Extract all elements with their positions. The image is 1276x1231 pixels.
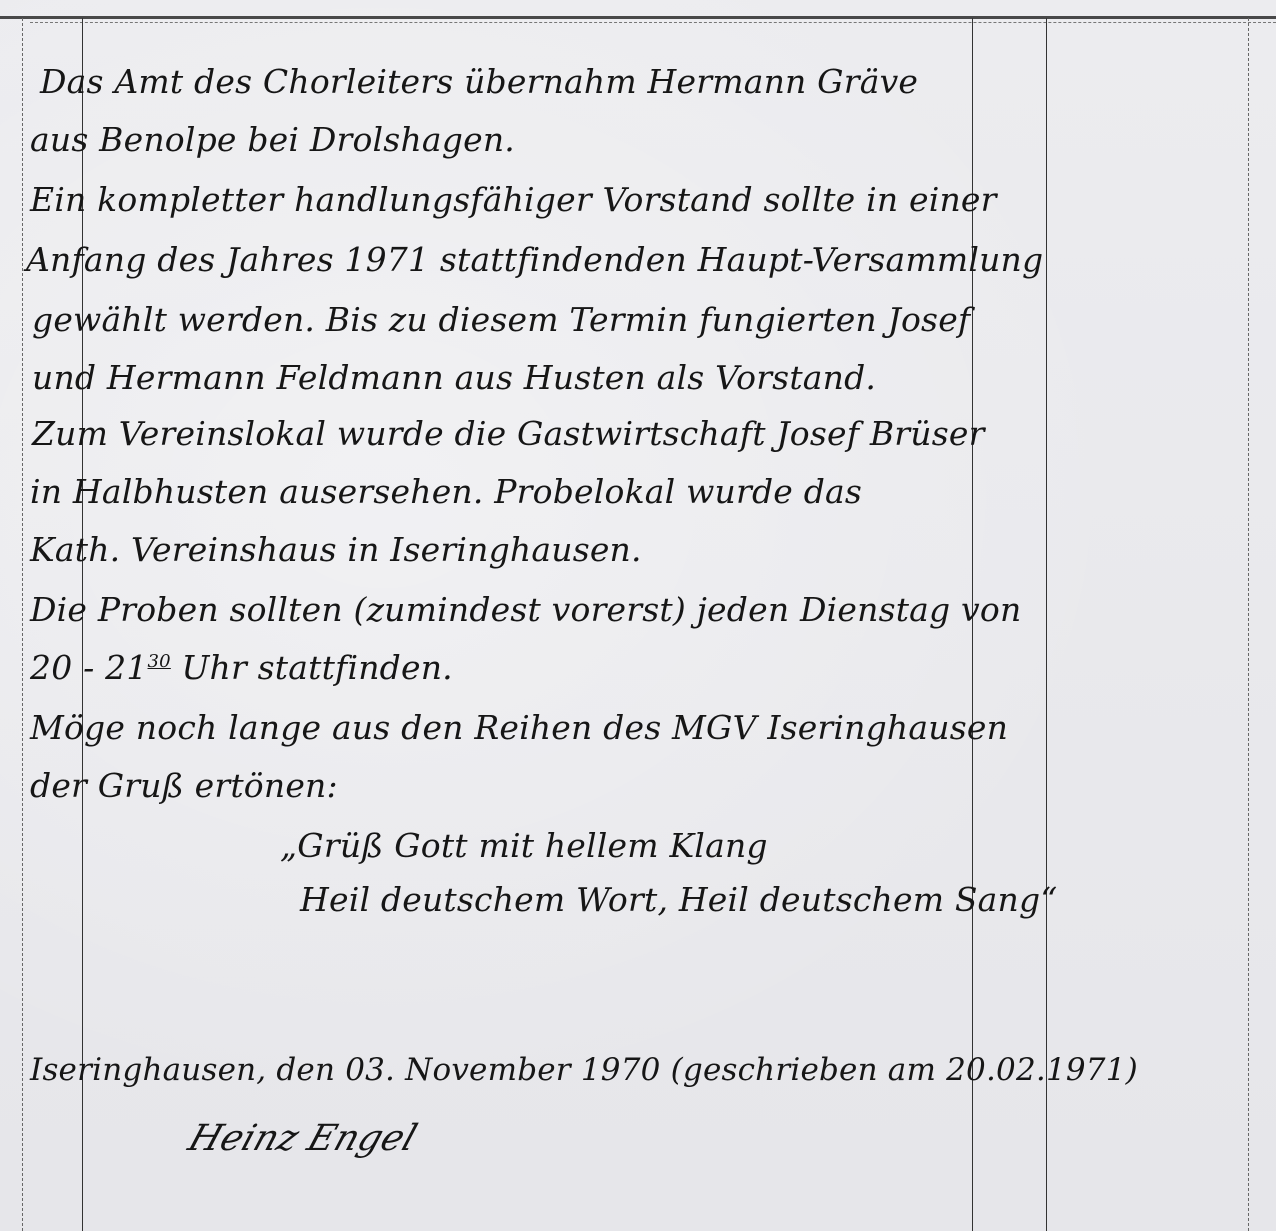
text-line: und Hermann Feldmann aus Husten als Vors… [32, 358, 876, 397]
column-line-2 [1046, 18, 1047, 1231]
signature: Heinz Engel [183, 1118, 422, 1159]
text-line: der Gruß ertönen: [30, 766, 338, 805]
time-minutes: 30 [148, 651, 171, 672]
text-line: aus Benolpe bei Drolshagen. [30, 120, 515, 159]
text-line: Ein kompletter handlungsfähiger Vorstand… [30, 180, 997, 219]
time-suffix: Uhr stattfinden. [182, 648, 453, 687]
text-line-time: 20 - 2130 Uhr stattfinden. [30, 648, 453, 687]
dateline: Iseringhausen, den 03. November 1970 (ge… [30, 1052, 1138, 1088]
text-line: Anfang des Jahres 1971 stattfindenden Ha… [26, 240, 1043, 279]
text-line: Möge noch lange aus den Reihen des MGV I… [30, 708, 1008, 747]
text-line: in Halbhusten ausersehen. Probelokal wur… [30, 472, 862, 511]
top-dashed-line [30, 22, 1276, 23]
text-line: Zum Vereinslokal wurde die Gastwirtschaf… [32, 414, 985, 453]
margin-dashed-line [22, 18, 23, 1231]
text-line: Die Proben sollten (zumindest vorerst) j… [30, 590, 1021, 629]
text-line: gewählt werden. Bis zu diesem Termin fun… [32, 300, 970, 339]
quote-line: Heil deutschem Wort, Heil deutschem Sang… [300, 880, 1057, 919]
text-line: Kath. Vereinshaus in Iseringhausen. [30, 530, 642, 569]
text-line: Das Amt des Chorleiters übernahm Hermann… [40, 62, 918, 101]
top-ruled-line [0, 16, 1276, 19]
column-line-3 [1248, 18, 1249, 1231]
quote-line: „Grüß Gott mit hellem Klang [280, 826, 768, 865]
time-range: 20 - 21 [30, 648, 148, 687]
